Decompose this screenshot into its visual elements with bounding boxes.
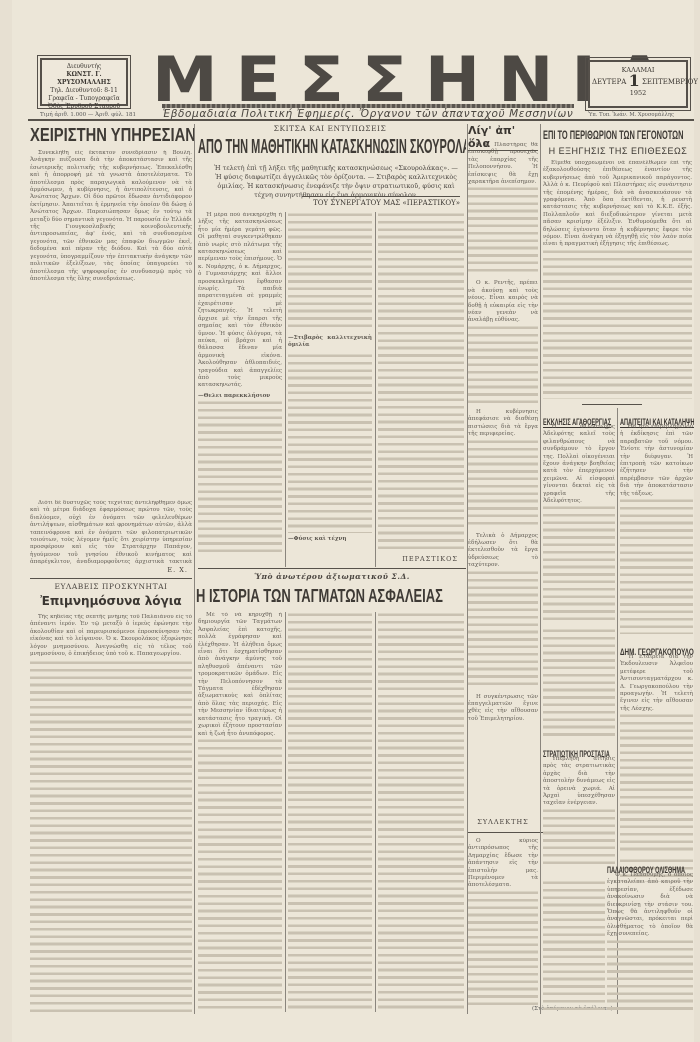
text-continuation [543,808,615,868]
text-continuation [620,713,693,853]
address-label: Ὁδὸς Ἐρυθροῦ Σταυροῦ [44,103,124,111]
date-line: ΔΕΥΤΕΡΑ 1 ΣΕΠΤΕΜΒΡΙΟΥ [592,74,684,89]
month: ΣΕΠΤΕΜΒΡΙΟΥ [642,78,698,86]
center-lead-headline: ΑΠΟ ΤΗΝ ΜΑΘΗΤΙΚΗΝ ΚΑΤΑΣΚΗΝΩΣΙΝ ΣΚΟΥΡΟΛΑΚ… [198,134,466,160]
center-lead-col3 [378,212,464,552]
center-second-col3 [378,612,464,1012]
year: 1952 [592,89,684,97]
misc-column-signature: ΣΥΛΛΕΚΤΗΣ [468,818,538,826]
center-lead-signature: ΠΕΡΑΣΤΙΚΟΣ [378,555,458,563]
price-issue: Τιμή ἀριθ. 1.000 — Ἀριθ. φύλ. 181 [40,112,140,118]
subhead: —Φύσις καὶ τέχνη [288,536,372,543]
text-continuation [468,890,538,1008]
director-box: Διευθυντής ΚΩΝΣΤ. Γ. ΧΡΥΣΟΜΑΛΛΗΣ Τηλ. Δι… [40,58,128,106]
right-column-continuation [543,880,605,1010]
right-lead-subhead: Η ΕΞΗΓΗΣΙΣ ΤΗΣ ΕΠΙΘΕΣΕΩΣ [543,146,693,156]
center-lead-deck: Ἡ τελετὴ ἐπὶ τῇ λήξει τῆς μαθητικῆς κατα… [212,164,460,200]
text-continuation [468,570,538,690]
misc-column-body: Ο κ. Πλαστήρας θὰ ἐπισκεφθῇ προσεχῶς τὰς… [468,142,538,822]
left-lead-headline: ΧΕΙΡΙΣΤΗΝ ΥΠΗΡΕΣΙΑΝ [30,124,194,146]
left-second-kicker: ΕΥΛΑΒΕΙΣ ΠΡΟΣΚΥΝΗΤΑΙ [30,582,192,591]
right-item-body: Ἡ Φιλόπτωχος Ἀδελφότης καλεῖ τοὺς φιλανθ… [543,424,615,624]
center-second-col1: Μὲ τὸ νὰ κηρυχθῇ ἡ δημιουργία τῶν Ταγμάτ… [198,612,282,1012]
subhead: —Στιβαρὸς καλλιτεχνικὴ ὁμιλία [288,335,372,350]
left-lead-body-2: Διότι δὲ δυστυχῶς τοὺς τεχνίτας ἀντελήφθ… [30,500,192,565]
text-continuation [198,400,282,552]
text-continuation [468,325,538,405]
director-phone: Τηλ. Διευθυντοῦ: 8-11 [44,87,124,95]
director-label: Διευθυντής [44,63,124,71]
center-second-headline: Η ΙΣΤΟΡΙΑ ΤΩΝ ΤΑΓΜΑΤΩΝ ΑΣΦΑΛΕΙΑΣ [196,584,468,608]
text-continuation [198,738,282,1012]
printer-credit: Ὑπ. Τυπ. Ἰωάν. Μ. Χρυσομάλλης [588,112,694,118]
day-number: 1 [629,71,640,90]
text-continuation [620,498,693,634]
divider [30,578,192,579]
right-item-body: Θὰ ἦτο ἐπιβεβλημένον ἡ ἐκδίκησις ἐπὶ τῶν… [620,424,693,634]
center-lead-kicker: ΣΚΙΤΣΑ ΚΑΙ ΕΝΤΥΠΩΣΕΙΣ [198,124,462,133]
column-rule [285,212,286,567]
center-lead-byline: ΤΟΥ ΣΥΝΕΡΓΑΤΟΥ ΜΑΣ «ΠΕΡΑΣΤΙΚΟΥ» [302,196,460,207]
text-continuation [543,249,692,399]
divider [582,404,642,405]
center-lead-col1: Ἡ μέρα ποὺ ἀνεκηρύχθη ἡ λῆξις τῆς κατασκ… [198,212,282,552]
column-rule [285,612,286,1012]
right-item-body: Ὑπεβλήθη αἴτησις πρὸς τὰς στρατιωτικὰς ἀ… [543,756,615,876]
date-box: ΚΑΛΑΜΑΙ ΔΕΥΤΕΡΑ 1 ΣΕΠΤΕΜΒΡΙΟΥ 1952 [588,60,688,108]
column-rule [375,212,376,567]
text-continuation [607,939,693,1012]
right-item-continuation [543,628,615,738]
right-item-body: Ὁ κ. Παπαθύμης, ὁ ὁποῖος ἐγκαταλείπει ἀπ… [607,872,693,1012]
right-lead-headline: ΕΠΙ ΤΟ ΠΕΡΙΘΩΡΙΟΝ ΤΩΝ ΓΕΓΟΝΟΤΩΝ [543,128,693,142]
right-lead-body: Εἴμεθα ὑποχρεωμένοι νὰ ἐπανέλθωμεν ἐπὶ τ… [543,160,692,400]
center-second-col2 [288,612,372,1012]
text-continuation [468,186,538,276]
text-continuation [288,212,372,332]
center-lead-col2: —Στιβαρὸς καλλιτεχνικὴ ὁμιλία —Φύσις καὶ… [288,212,372,567]
divider [198,568,466,569]
left-second-headline: Ἐπιμνημόσυνα λόγια [30,594,192,608]
director-name: ΚΩΝΣΤ. Γ. ΧΡΥΣΟΜΑΛΛΗΣ [44,71,124,87]
text-continuation [468,439,538,529]
right-item-body: Ἡ Ἐταιρεία διὰ τὴν Ἐκδουλευσιν Ἀλφεῖου μ… [620,654,693,854]
text-continuation [288,353,372,533]
text-continuation [543,505,615,624]
newspaper-page: Διευθυντής ΚΩΝΣΤ. Γ. ΧΡΥΣΟΜΑΛΛΗΣ Τηλ. Δι… [12,0,694,1042]
text-continuation [30,660,192,1014]
column-rule [194,124,195,1014]
column-rule [540,124,541,1014]
left-lead-body: Συνεκλήθη εἰς ἔκτακτον συνεδρίασιν ἡ Βου… [30,150,192,502]
offices-label: Γραφεῖα - Τυπογραφεῖα [44,95,124,103]
masthead-bottom-rule [28,119,694,121]
column-rule [375,612,376,1012]
center-second-kicker: Ὑπὸ ἀνωτέρου ἀξιωματικοῦ Σ.Δ. [198,572,466,581]
misc-column-box: Ο κύριος ἀντιπρόσωπος τῆς Δημαρχίας ἔδωσ… [468,838,538,1008]
subhead: —Θελει παρεκκλήσιον [198,393,282,400]
left-second-body: Τῆς κηδείας τῆς σεπτῆς μνήμης τοῦ Παλαιά… [30,614,192,1014]
weekday: ΔΕΥΤΕΡΑ [592,78,626,86]
left-lead-signature: Ε. Χ. [30,566,188,574]
